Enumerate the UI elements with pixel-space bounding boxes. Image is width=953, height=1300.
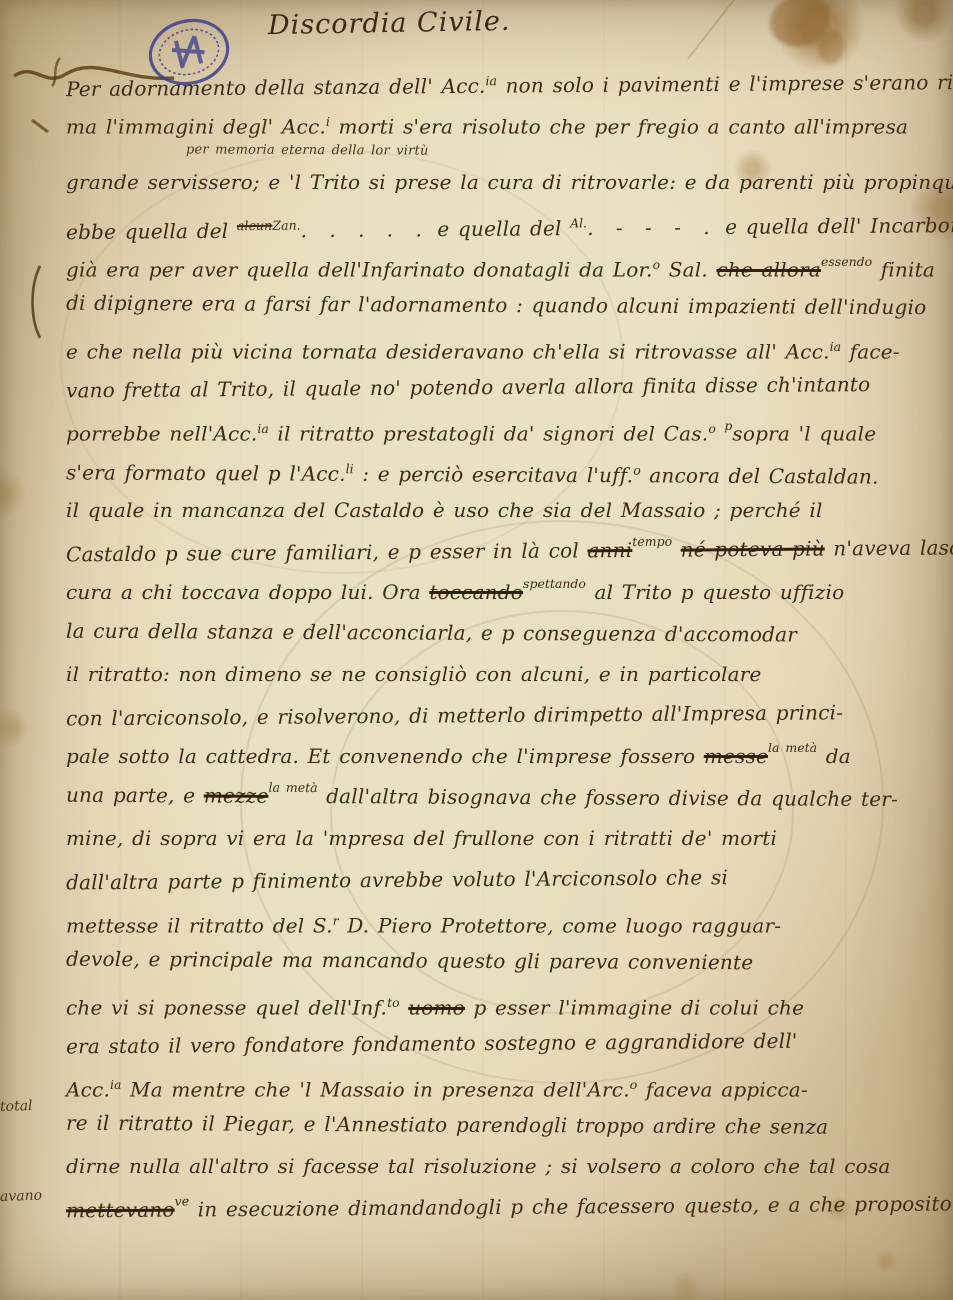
text-line: mine, di sopra vi era la 'mpresa del fru…	[66, 818, 938, 859]
text-segment: ebbe quella del	[66, 219, 237, 244]
text-segment: una parte, e	[66, 783, 204, 808]
text-segment: s'era formato quel p l'Acc.	[66, 460, 346, 485]
text-line: mettevanove in esecuzione dimandandogli …	[66, 1184, 938, 1232]
text-segment: Zan.	[272, 218, 300, 233]
paper-stain	[770, 0, 830, 46]
text-line: s'era formato quel p l'Acc.li : e perciò…	[66, 447, 938, 493]
text-line: già era per aver quella dell'Infarinato …	[66, 244, 938, 285]
text-segment: la metà	[268, 780, 317, 795]
text-segment: di dipignere era a farsi far l'adornamen…	[66, 291, 926, 320]
text-segment: ia	[485, 73, 497, 88]
text-segment: o	[708, 421, 716, 436]
text-segment: Ma mentre che 'l Massaio in presenza del…	[121, 1078, 629, 1102]
text-line: grande servissero; e 'l Trito si prese l…	[66, 162, 938, 203]
text-segment	[400, 996, 409, 1020]
text-segment: mettesse il ritratto del S.	[66, 914, 333, 938]
text-segment: sopra 'l quale	[732, 422, 876, 446]
text-segment: anni	[587, 538, 632, 562]
text-segment	[672, 538, 681, 562]
text-segment: e quella dell' Incarbonchiat.: e di	[716, 212, 953, 239]
text-segment: già era per aver quella dell'Infarinato …	[66, 258, 653, 282]
margin-note: total	[0, 1097, 60, 1115]
text-segment: in esecuzione dimandandogli p che facess…	[189, 1191, 952, 1221]
text-line: ebbe quella del alcunZan.. . . . . e que…	[66, 200, 938, 248]
text-line: e che nella più vicina tornata desiderav…	[66, 326, 938, 367]
text-segment: morti s'era risoluto che per fregio a ca…	[330, 115, 908, 139]
text-segment: . - - - .	[587, 215, 717, 240]
manuscript-page: Discordia Civile. Per adornamento della …	[0, 0, 953, 1300]
text-segment: Sal.	[660, 258, 716, 282]
text-segment: tempo	[632, 534, 672, 549]
text-segment: con l'arciconsolo, e risolverono, di met…	[66, 700, 843, 730]
text-line: una parte, e mezzela metà dall'altra bis…	[66, 775, 938, 821]
text-segment: ia	[110, 1077, 121, 1092]
text-line: Castaldo p sue cure familiari, e p esser…	[66, 528, 938, 576]
text-segment: Al.	[570, 215, 587, 230]
text-segment: face-	[841, 340, 900, 364]
text-line: la cura della stanza e dell'acconciarla,…	[66, 611, 938, 657]
text-segment: vano fretta al Trito, il quale no' poten…	[66, 372, 871, 402]
text-segment: mine, di sopra vi era la 'mpresa del fru…	[66, 826, 777, 850]
text-segment: spettando	[523, 576, 586, 591]
text-segment: : e perciò esercitava l'uff.	[354, 462, 634, 487]
text-segment: o	[653, 257, 661, 272]
text-segment: ma l'immagini degl' Acc.	[66, 115, 326, 139]
text-segment: grande servissero; e 'l Trito si prese l…	[66, 170, 953, 194]
text-segment: uomo	[408, 996, 465, 1020]
text-segment: toccando	[429, 580, 523, 604]
text-segment: D. Piero Protettore, come luogo ragguar-	[339, 914, 782, 938]
text-segment: p esser l'immagine di colui che	[465, 996, 804, 1020]
text-segment: non solo i pavimenti e l'imprese s'erano…	[497, 70, 953, 98]
text-line: re il ritratto il Piegar, e l'Annestiato…	[66, 1103, 938, 1149]
text-segment: e quella del	[429, 216, 571, 241]
text-line: vano fretta al Trito, il quale no' poten…	[66, 364, 938, 412]
text-segment: il ritratto prestatogli da' signori del …	[269, 422, 708, 446]
text-segment: devole, e principale ma mancando questo …	[66, 947, 753, 975]
text-line: era stato il vero fondatore fondamento s…	[66, 1020, 938, 1068]
text-segment: n'aveva lasciata la	[825, 535, 953, 561]
margin-bracket-icon	[26, 262, 44, 342]
text-segment: alcun	[237, 218, 273, 233]
text-segment: essendo	[821, 254, 872, 269]
text-segment: da	[817, 744, 851, 768]
text-line: che vi si ponesse quel dell'Inf.to uomo …	[66, 982, 938, 1023]
text-segment: che allora	[716, 258, 821, 282]
text-segment: né poteva più	[681, 536, 825, 561]
manuscript-text: Per adornamento della stanza dell' Acc.i…	[66, 60, 938, 1228]
text-line: Per adornamento della stanza dell' Acc.i…	[66, 57, 938, 105]
text-segment: il ritratto: non dimeno se ne consigliò …	[66, 662, 762, 686]
text-segment: Castaldo p sue cure familiari, e p esser…	[66, 538, 588, 566]
text-line: il ritratto: non dimeno se ne consigliò …	[66, 654, 938, 695]
text-segment: e che nella più vicina tornata desiderav…	[66, 340, 830, 364]
text-segment: dirne nulla all'altro si facesse tal ris…	[66, 1154, 890, 1178]
text-line: ma l'immagini degl' Acc.i morti s'era ri…	[66, 101, 938, 142]
text-segment: ia	[257, 421, 268, 436]
text-line: di dipignere era a farsi far l'adornamen…	[66, 283, 938, 329]
text-line: il quale in mancanza del Castaldo è uso …	[66, 490, 938, 531]
text-segment: il quale in mancanza del Castaldo è uso …	[66, 498, 823, 522]
text-segment: al Trito p questo uffizio	[586, 580, 844, 604]
text-segment: Per adornamento della stanza dell' Acc.	[66, 74, 486, 101]
text-segment: ia	[830, 339, 841, 354]
text-segment: era stato il vero fondatore fondamento s…	[66, 1029, 798, 1059]
text-segment: ve	[175, 1193, 190, 1208]
text-line: devole, e principale ma mancando questo …	[66, 939, 938, 985]
text-segment: mezze	[204, 783, 269, 807]
margin-note: avano	[0, 1187, 60, 1205]
text-segment: pale sotto la cattedra. Et convenendo ch…	[66, 744, 704, 768]
text-segment: re il ritratto il Piegar, e l'Annestiato…	[66, 1111, 828, 1139]
text-line: pale sotto la cattedra. Et convenendo ch…	[66, 736, 938, 777]
text-segment: la cura della stanza e dell'acconciarla,…	[66, 619, 797, 647]
text-segment: to	[387, 995, 400, 1010]
text-line: per memoria eterna della lor virtù	[66, 140, 938, 165]
text-segment: cura a chi toccava doppo lui. Ora	[66, 580, 429, 604]
text-segment: che vi si ponesse quel dell'Inf.	[66, 996, 387, 1020]
page-title: Discordia Civile.	[268, 6, 511, 41]
text-segment: li	[346, 461, 354, 476]
text-segment: o	[633, 463, 641, 478]
text-segment: ancora del Castaldan.	[641, 463, 879, 488]
text-line: con l'arciconsolo, e risolverono, di met…	[66, 692, 938, 740]
text-segment: faceva appicca-	[637, 1078, 808, 1102]
text-segment: dall'altra parte p finimento avrebbe vol…	[66, 865, 728, 894]
text-line: dirne nulla all'altro si facesse tal ris…	[66, 1146, 938, 1187]
text-segment: la metà	[768, 740, 817, 755]
text-line: dall'altra parte p finimento avrebbe vol…	[66, 856, 938, 904]
text-segment: finita	[872, 258, 935, 282]
text-segment: . . . . .	[301, 217, 429, 242]
text-segment: dall'altra bisognava che fossero divise …	[318, 784, 899, 811]
text-segment: Acc.	[66, 1078, 110, 1102]
text-segment: per memoria eterna della lor virtù	[186, 142, 429, 158]
text-segment: porrebbe nell'Acc.	[66, 422, 257, 446]
text-segment: mettevano	[66, 1198, 175, 1223]
text-line: mettesse il ritratto del S.r D. Piero Pr…	[66, 900, 938, 941]
text-segment: p	[724, 418, 732, 433]
text-line: porrebbe nell'Acc.ia il ritratto prestat…	[66, 408, 938, 449]
text-segment: messe	[704, 744, 768, 768]
text-line: Acc.ia Ma mentre che 'l Massaio in prese…	[66, 1064, 938, 1105]
text-line: cura a chi toccava doppo lui. Ora toccan…	[66, 572, 938, 613]
